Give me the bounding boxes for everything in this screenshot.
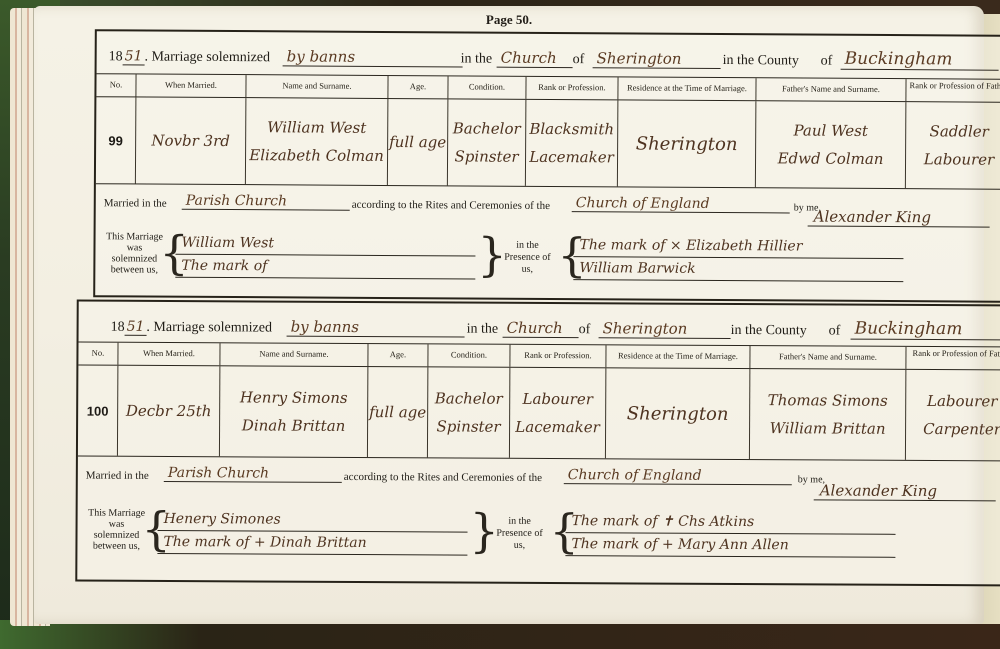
header-age: Age. [388, 76, 448, 98]
party-signature-2: The mark of [175, 255, 475, 280]
header-condition: Condition. [448, 76, 526, 98]
header-when-married: When Married. [118, 343, 220, 366]
minister-signature: Alexander King [814, 481, 996, 501]
bride-name: Elizabeth Colman [249, 146, 384, 165]
label-of: of [579, 322, 591, 338]
entry-number: 100 [87, 403, 109, 418]
bride-father-rank: Carpenter [923, 420, 1000, 438]
witness-signatures: The mark of × Elizabeth Hillier William … [573, 234, 903, 282]
bride-father-rank: Labourer [924, 150, 995, 168]
label-presence: in the Presence of us, [497, 240, 557, 276]
register-page: Page 50. 1851. Marriage solemnized by ba… [34, 6, 984, 624]
signature-block: This Marriage was solemnized between us,… [103, 227, 1000, 292]
groom-name: William West [267, 118, 366, 137]
groom-rank: Labourer [522, 390, 593, 408]
bride-rank: Lacemaker [515, 418, 600, 436]
when-married: Decbr 25th [126, 402, 212, 420]
solemnized-by: by banns [287, 318, 465, 338]
entry-number: 99 [108, 133, 123, 148]
place-type: Church [503, 319, 579, 338]
bride-rank: Lacemaker [529, 148, 614, 167]
groom-condition: Bachelor [435, 389, 503, 407]
marriage-entry-99: 1851. Marriage solemnized by banns in th… [93, 29, 1000, 303]
bride-father-name: Edwd Colman [778, 149, 884, 168]
groom-father-name: Thomas Simons [768, 391, 888, 410]
age: full age [389, 133, 446, 151]
groom-father-rank: Saddler [930, 122, 989, 140]
rites-of: Church of England [572, 195, 790, 213]
header-father-name: Father's Name and Surname. [756, 78, 906, 101]
witness-signatures: The mark of ✝ Chs Atkins The mark of + M… [565, 510, 895, 558]
marriage-entry-100: 1851. Marriage solemnized by banns in th… [75, 300, 1000, 587]
label-rites: according to the Rites and Ceremonies of… [344, 471, 542, 484]
when-married: Novbr 3rd [151, 132, 230, 150]
parties-signatures: Henery Simones The mark of + Dinah Britt… [157, 508, 467, 556]
header-residence: Residence at the Time of Marriage. [618, 77, 756, 100]
witness-signature-2: William Barwick [573, 257, 903, 282]
place-type: Church [497, 49, 573, 68]
bride-father-name: William Brittan [770, 419, 886, 438]
county-name: Buckingham [851, 319, 1000, 341]
residence: Sherington [627, 403, 729, 425]
groom-rank: Blacksmith [529, 120, 614, 139]
label-this-marriage: This Marriage was solemnized between us, [103, 231, 165, 275]
header-no: No. [78, 343, 118, 365]
witness-signature-1: The mark of × Elizabeth Hillier [573, 234, 903, 259]
label-rites: according to the Rites and Ceremonies of… [352, 199, 550, 212]
header-father-rank: Rank or Profession of Father. [906, 347, 1000, 370]
bride-condition: Spinster [454, 147, 518, 165]
table-row: 99 Novbr 3rd William West Elizabeth Colm… [96, 97, 1000, 190]
background-bottom [0, 620, 1000, 649]
label-of: of [821, 54, 833, 70]
county-name: Buckingham [841, 49, 999, 71]
party-signature-1: William West [175, 232, 475, 257]
married-in-place: Parish Church [182, 193, 350, 211]
entry-table: No. When Married. Name and Surname. Age.… [96, 73, 1000, 190]
label-county: in the County [723, 53, 799, 69]
entry-table: No. When Married. Name and Surname. Age.… [78, 342, 1000, 462]
groom-father-rank: Labourer [927, 392, 998, 410]
year-prefix: 18 [109, 49, 123, 64]
witness-signature-2: The mark of + Mary Ann Allen [565, 533, 895, 558]
married-in-place: Parish Church [164, 465, 342, 483]
label-marriage-solemnized: Marriage solemnized [153, 320, 272, 336]
header-condition: Condition. [428, 344, 510, 366]
signature-block: This Marriage was solemnized between us,… [85, 504, 1000, 569]
header-father-rank: Rank or Profession of Father. [906, 79, 1000, 102]
entry-title-line: 1851. Marriage solemnized by banns in th… [87, 312, 1000, 347]
label-county: in the County [731, 323, 807, 339]
entry-title-line: 1851. Marriage solemnized by banns in th… [105, 41, 1000, 76]
header-father-name: Father's Name and Surname. [750, 346, 906, 369]
label-this-marriage: This Marriage was solemnized between us, [85, 508, 147, 552]
groom-father-name: Paul West [793, 121, 867, 139]
header-name: Name and Surname. [220, 343, 368, 366]
parish-name: Sherington [593, 49, 721, 69]
header-no: No. [96, 74, 136, 96]
groom-name: Henry Simons [240, 388, 348, 407]
year-prefix: 18 [111, 320, 125, 335]
label-of: of [829, 323, 841, 339]
label-in-the: in the [467, 322, 499, 338]
header-when-married: When Married. [136, 74, 246, 97]
residence: Sherington [636, 133, 738, 155]
year-suffix: 51 [125, 319, 147, 336]
label-marriage-solemnized: Marriage solemnized [151, 50, 270, 66]
header-rank: Rank or Profession. [510, 345, 606, 368]
party-signature-1: Henery Simones [158, 508, 468, 533]
header-age: Age. [368, 344, 428, 366]
page-number: Page 50. [34, 12, 984, 28]
bride-condition: Spinster [436, 417, 500, 435]
header-residence: Residence at the Time of Marriage. [606, 345, 750, 368]
bride-name: Dinah Brittan [242, 416, 346, 435]
header-rank: Rank or Profession. [526, 77, 618, 100]
label-married-in: Married in the [104, 197, 167, 209]
label-in-the: in the [461, 51, 493, 67]
label-presence: in the Presence of us, [489, 516, 549, 552]
solemnized-by: by banns [283, 47, 463, 67]
age: full age [369, 403, 426, 421]
year-suffix: 51 [123, 48, 145, 65]
photo-scene: Page 50. 1851. Marriage solemnized by ba… [0, 0, 1000, 649]
minister-signature: Alexander King [808, 208, 990, 228]
label-of: of [573, 52, 585, 68]
table-row: 100 Decbr 25th Henry Simons Dinah Britta… [78, 366, 1000, 462]
parties-signatures: William West The mark of [175, 232, 475, 280]
party-signature-2: The mark of + Dinah Brittan [157, 531, 467, 556]
parish-name: Sherington [599, 319, 731, 339]
rites-of: Church of England [564, 467, 792, 485]
label-married-in: Married in the [86, 470, 149, 482]
header-name: Name and Surname. [246, 75, 388, 98]
groom-condition: Bachelor [453, 119, 521, 137]
witness-signature-1: The mark of ✝ Chs Atkins [566, 510, 896, 535]
